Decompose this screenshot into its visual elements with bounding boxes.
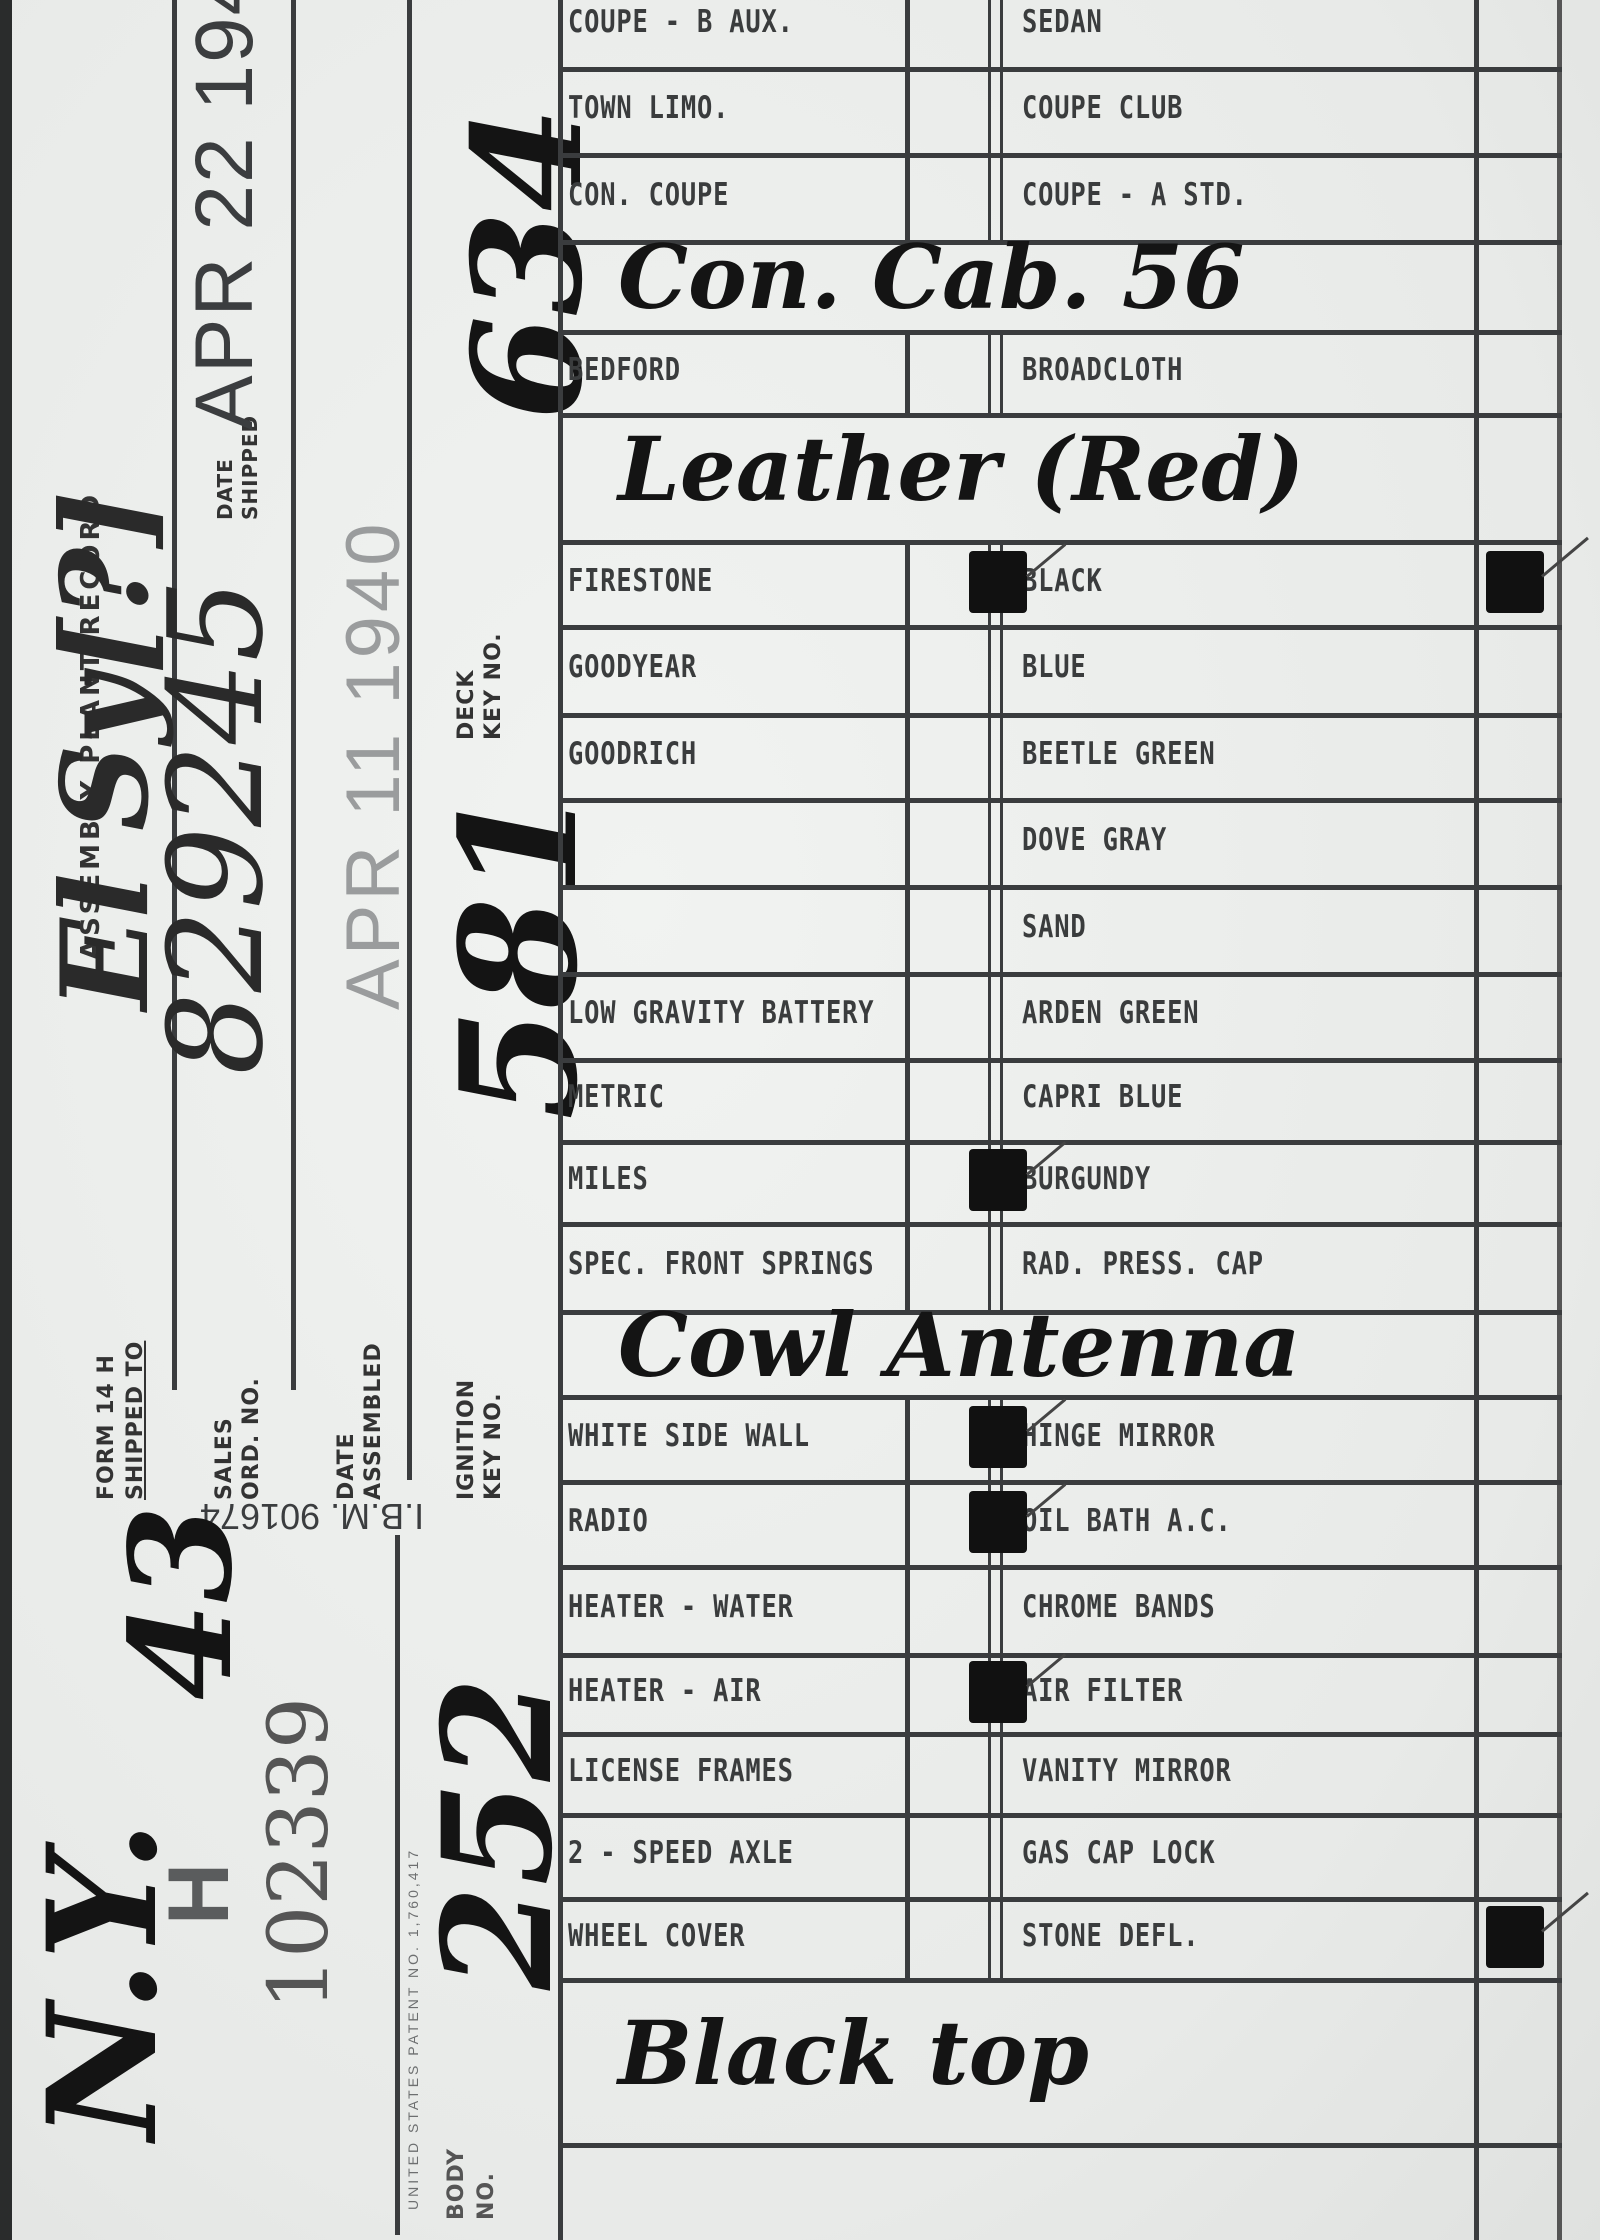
option-label: HINGE MIRROR xyxy=(1022,1418,1215,1454)
grid-left-border xyxy=(558,0,563,2240)
option-label: BLUE xyxy=(1022,649,1086,685)
card-edge-shadow xyxy=(0,0,12,2240)
grid-left-check-divider xyxy=(905,67,910,153)
grid-row-line xyxy=(558,540,1562,545)
grid-left-check-divider xyxy=(905,1653,910,1732)
option-label: DOVE GRAY xyxy=(1022,822,1167,858)
option-label: ARDEN GREEN xyxy=(1022,995,1199,1031)
ignition-key-value: 581 xyxy=(425,786,613,1120)
option-checkbox-right[interactable] xyxy=(1486,1406,1544,1468)
option-label: FIRESTONE xyxy=(568,563,713,599)
option-checkbox-left[interactable] xyxy=(969,1741,1027,1803)
grid-row-line xyxy=(558,2143,1562,2148)
grid-row-line xyxy=(558,153,1562,158)
option-label: METRIC xyxy=(568,1079,665,1115)
option-checkbox-right[interactable] xyxy=(1486,1491,1544,1553)
shipped-to-label: SHIPPED TO xyxy=(124,1341,147,1500)
option-checkbox-right[interactable] xyxy=(1486,340,1544,402)
date-assembled-label-2: ASSEMBLED xyxy=(362,1342,385,1500)
grid-left-check-divider xyxy=(905,1813,910,1897)
grid-left-check-divider xyxy=(905,972,910,1058)
option-checkbox-left[interactable] xyxy=(969,340,1027,402)
handwritten-location: N.Y. xyxy=(15,1820,191,2140)
grid-row-line xyxy=(558,885,1562,890)
deck-key-label-2: KEY NO. xyxy=(482,632,505,740)
option-checkbox-right[interactable] xyxy=(1486,1741,1544,1803)
option-label: CAPRI BLUE xyxy=(1022,1079,1183,1115)
option-label: HEATER - WATER xyxy=(568,1589,794,1625)
sales-ord-value: 829245 xyxy=(140,579,292,1075)
handwritten-note: Leather (Red) xyxy=(618,417,1304,521)
option-checkbox-left[interactable] xyxy=(969,897,1027,959)
form-number: FORM 14 H xyxy=(95,1354,118,1500)
handwritten-note: Black top xyxy=(618,2001,1089,2105)
grid-left-check-divider xyxy=(905,798,910,885)
grid-row-line xyxy=(558,1222,1562,1227)
option-checkbox-right[interactable] xyxy=(1486,1661,1544,1723)
grid-right-border xyxy=(1557,0,1562,2240)
grid-left-check-divider xyxy=(905,1480,910,1565)
option-label: COUPE - A STD. xyxy=(1022,177,1248,213)
option-label: BURGUNDY xyxy=(1022,1161,1151,1197)
option-checkbox-left[interactable] xyxy=(969,1661,1027,1723)
option-checkbox-right[interactable] xyxy=(1486,1906,1544,1968)
option-label: LICENSE FRAMES xyxy=(568,1753,794,1789)
grid-row-line xyxy=(558,1480,1562,1485)
option-checkbox-right[interactable] xyxy=(1486,637,1544,699)
option-label: COUPE CLUB xyxy=(1022,90,1183,126)
option-label: MILES xyxy=(568,1161,649,1197)
option-checkbox-left[interactable] xyxy=(969,1577,1027,1639)
deck-key-label-1: DECK xyxy=(455,670,478,740)
grid-left-check-divider xyxy=(905,1732,910,1813)
option-label: CHROME BANDS xyxy=(1022,1589,1215,1625)
option-checkbox-left[interactable] xyxy=(969,1406,1027,1468)
option-label: 2 - SPEED AXLE xyxy=(568,1835,794,1871)
grid-row-line xyxy=(558,1813,1562,1818)
date-assembled-value: APR 11 1940 xyxy=(330,520,417,1010)
option-checkbox-left[interactable] xyxy=(969,551,1027,613)
option-checkbox-left[interactable] xyxy=(969,1823,1027,1885)
option-checkbox-left[interactable] xyxy=(969,78,1027,140)
body-no-label-1: BODY xyxy=(445,2148,468,2220)
option-checkbox-right[interactable] xyxy=(1486,0,1544,54)
option-checkbox-right[interactable] xyxy=(1486,724,1544,786)
grid-left-check-divider xyxy=(905,885,910,972)
sales-label-2: ORD. NO. xyxy=(240,1377,263,1500)
grid-left-check-divider xyxy=(905,713,910,798)
sales-label-1: SALES xyxy=(213,1417,236,1500)
date-shipped-label-1: DATE xyxy=(215,458,236,520)
option-label: RADIO xyxy=(568,1503,649,1539)
option-checkbox-right[interactable] xyxy=(1486,1823,1544,1885)
option-checkbox-left[interactable] xyxy=(969,165,1027,227)
option-label: LOW GRAVITY BATTERY xyxy=(568,995,874,1031)
option-label: STONE DEFL. xyxy=(1022,1918,1199,1954)
option-checkbox-left[interactable] xyxy=(969,1067,1027,1129)
grid-left-check-divider xyxy=(905,540,910,625)
option-label: HEATER - AIR xyxy=(568,1673,761,1709)
option-label: SAND xyxy=(1022,909,1086,945)
option-label: RAD. PRESS. CAP xyxy=(1022,1246,1264,1282)
grid-left-check-divider xyxy=(905,1395,910,1480)
option-checkbox-right[interactable] xyxy=(1486,810,1544,872)
option-label: TOWN LIMO. xyxy=(568,90,729,126)
grid-row-line xyxy=(558,1732,1562,1737)
option-checkbox-left[interactable] xyxy=(969,983,1027,1045)
handwritten-note: Con. Cab. 56 xyxy=(618,225,1244,329)
grid-row-line xyxy=(558,713,1562,718)
option-label: BROADCLOTH xyxy=(1022,352,1183,388)
grid-left-check-divider xyxy=(905,625,910,713)
ignition-key-label-1: IGNITION xyxy=(455,1379,478,1500)
grid-left-check-divider xyxy=(905,0,910,67)
option-checkbox-left[interactable] xyxy=(969,1234,1027,1296)
option-label: AIR FILTER xyxy=(1022,1673,1183,1709)
option-label: SPEC. FRONT SPRINGS xyxy=(568,1246,874,1282)
grid-left-check-divider xyxy=(905,1058,910,1140)
grid-right-check-divider xyxy=(1474,0,1479,2240)
handwritten-code: 43 xyxy=(100,1505,264,1700)
option-checkbox-left[interactable] xyxy=(969,724,1027,786)
body-no-label-2: NO. xyxy=(475,2172,498,2220)
option-checkbox-right[interactable] xyxy=(1486,1577,1544,1639)
option-checkbox-left[interactable] xyxy=(969,0,1027,54)
grid-left-check-divider xyxy=(905,1140,910,1222)
date-shipped-value: APR 22 1940 xyxy=(178,0,272,430)
option-label: SEDAN xyxy=(1022,4,1103,40)
grid-row-line xyxy=(558,330,1562,335)
option-label: OIL BATH A.C. xyxy=(1022,1503,1232,1539)
option-label: BEDFORD xyxy=(568,352,681,388)
option-checkbox-right[interactable] xyxy=(1486,1234,1544,1296)
option-checkbox-right[interactable] xyxy=(1486,897,1544,959)
grid-row-line xyxy=(558,798,1562,803)
option-label: BEETLE GREEN xyxy=(1022,736,1215,772)
option-checkbox-right[interactable] xyxy=(1486,1149,1544,1211)
option-label: VANITY MIRROR xyxy=(1022,1753,1232,1789)
serial-number: 102339 xyxy=(252,1697,347,2010)
grid-row-line xyxy=(558,1565,1562,1570)
option-label: WHITE SIDE WALL xyxy=(568,1418,810,1454)
date-shipped-label-2: SHIPPED xyxy=(240,415,261,520)
option-label: GOODRICH xyxy=(568,736,697,772)
date-assembled-label-1: DATE xyxy=(335,1432,358,1500)
option-checkbox-right[interactable] xyxy=(1486,1067,1544,1129)
grid-left-check-divider xyxy=(905,1565,910,1653)
option-checkbox-left[interactable] xyxy=(969,810,1027,872)
option-label: CON. COUPE xyxy=(568,177,729,213)
grid-left-check-divider xyxy=(905,1897,910,1978)
option-checkbox-left[interactable] xyxy=(969,1149,1027,1211)
grid-left-check-divider xyxy=(905,330,910,413)
option-label: GOODYEAR xyxy=(568,649,697,685)
option-checkbox-left[interactable] xyxy=(969,1906,1027,1968)
grid-row-line xyxy=(558,972,1562,977)
option-checkbox-right[interactable] xyxy=(1486,78,1544,140)
option-label: GAS CAP LOCK xyxy=(1022,1835,1215,1871)
option-checkbox-left[interactable] xyxy=(969,637,1027,699)
grid-row-line xyxy=(558,625,1562,630)
handwritten-note: Cowl Antenna xyxy=(618,1293,1300,1397)
option-checkbox-right[interactable] xyxy=(1486,983,1544,1045)
grid-row-line xyxy=(558,1897,1562,1902)
grid-row-line xyxy=(558,67,1562,72)
ignition-key-label-2: KEY NO. xyxy=(482,1392,505,1500)
option-checkbox-left[interactable] xyxy=(969,1491,1027,1553)
divider-body-no xyxy=(395,1535,400,2235)
option-label: WHEEL COVER xyxy=(568,1918,745,1954)
option-checkbox-right[interactable] xyxy=(1486,551,1544,613)
option-checkbox-right[interactable] xyxy=(1486,165,1544,227)
option-label: COUPE - B AUX. xyxy=(568,4,794,40)
grid-row-line xyxy=(558,1058,1562,1063)
grid-row-line xyxy=(558,1978,1562,1983)
